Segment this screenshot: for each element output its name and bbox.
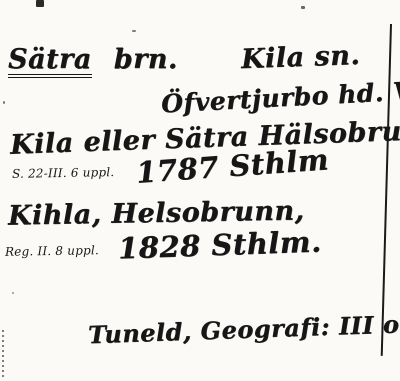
reference-2-margin-note: Reg. II. 8 uppl. [5, 244, 99, 258]
reference-1-margin-note: S. 22-III. 6 uppl. [12, 166, 115, 180]
headword-line: Sätrabrn. [8, 46, 178, 78]
district-name: Öfvertjurbo hd. Vst. [161, 76, 400, 116]
name-variant-2: Kihla, Helsobrunn, [8, 197, 305, 229]
reference-2-year-place: 1828 Sthlm. [118, 227, 322, 263]
left-edge-perforation-marks [2, 330, 4, 380]
archive-index-card: Sätrabrn. Kila sn. Öfvertjurbo hd. Vst. … [0, 0, 400, 381]
headword-type-abbreviation: brn. [114, 44, 178, 75]
headword: Sätra [8, 46, 92, 78]
ink-speck [301, 6, 305, 9]
ink-speck [36, 0, 44, 7]
source-citation: Tuneld, Geografi: III o. II. [88, 311, 400, 348]
parish-name: Kila sn. [241, 42, 361, 73]
ink-speck [12, 292, 14, 294]
ink-speck [132, 30, 136, 32]
card-right-edge-line [381, 24, 392, 356]
ink-speck [3, 101, 5, 104]
